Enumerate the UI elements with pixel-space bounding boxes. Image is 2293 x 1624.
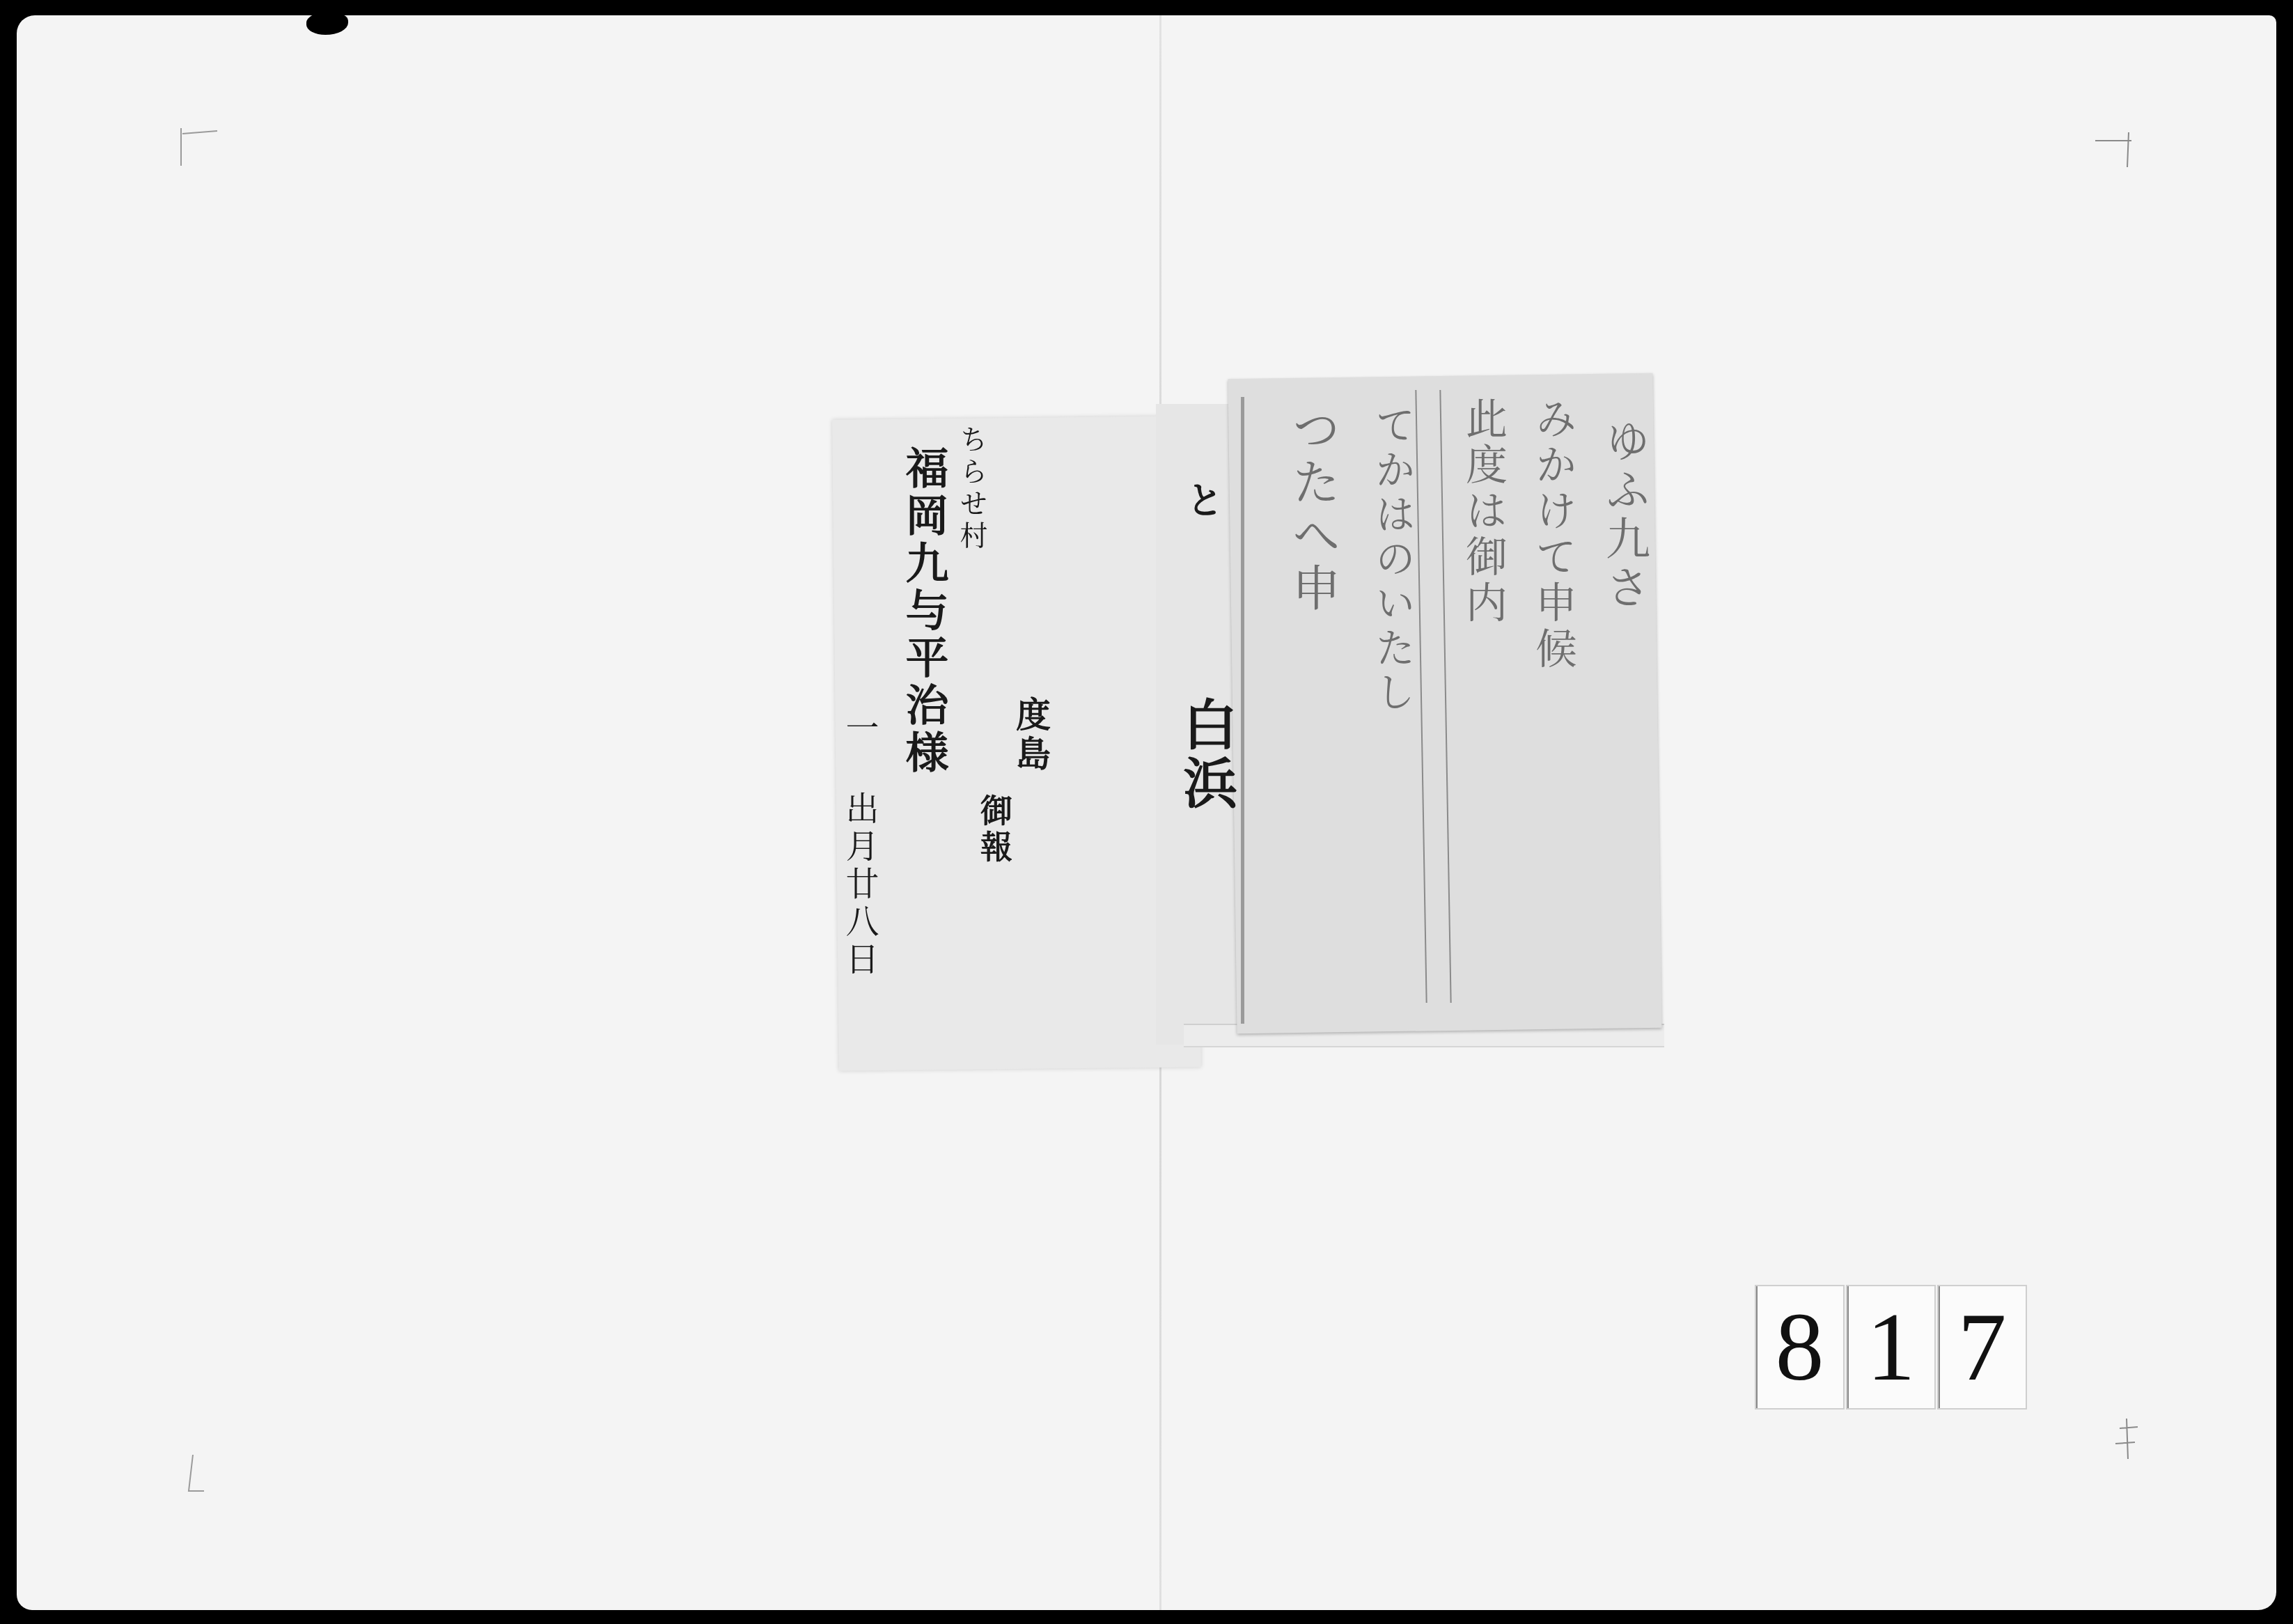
honorific: 御報 (978, 794, 1010, 866)
letter-body-column: 此度は御内 (1462, 397, 1504, 627)
fold-line (1241, 397, 1244, 1024)
registration-mark-bottom-left-icon (185, 1452, 226, 1494)
sender-name: 白浜 (1178, 696, 1232, 813)
registration-mark-top-left-icon (175, 124, 217, 166)
sender-mark: と (1184, 481, 1221, 522)
date-line: 一 出月廿八日 (843, 710, 876, 979)
page-digit: 1 (1846, 1285, 1936, 1410)
village-annotation: ちらせ村 (957, 425, 985, 553)
page-digit: 8 (1755, 1285, 1845, 1410)
registration-mark-top-right-icon (2092, 132, 2134, 174)
letter-body-column: みかけて申候 (1532, 397, 1574, 673)
registration-mark-bottom-right-icon (2110, 1417, 2152, 1459)
folded-letter: 福岡九与平治様 ちらせ村 度島 御報 一 出月廿八日 と 白浜 ゆふ九さ みかけ… (836, 376, 1664, 1072)
addressee-name: 福岡九与平治様 (902, 446, 945, 777)
letter-body-column: てかはのいたし (1372, 404, 1412, 716)
letter-body-column: ゆふ九さ (1602, 418, 1646, 613)
page-number-label: 8 1 7 (1755, 1285, 2027, 1410)
letter-body-column: つたへ申 (1288, 404, 1337, 616)
page-digit: 7 (1937, 1285, 2027, 1410)
place-name: 度島 (1013, 696, 1048, 774)
